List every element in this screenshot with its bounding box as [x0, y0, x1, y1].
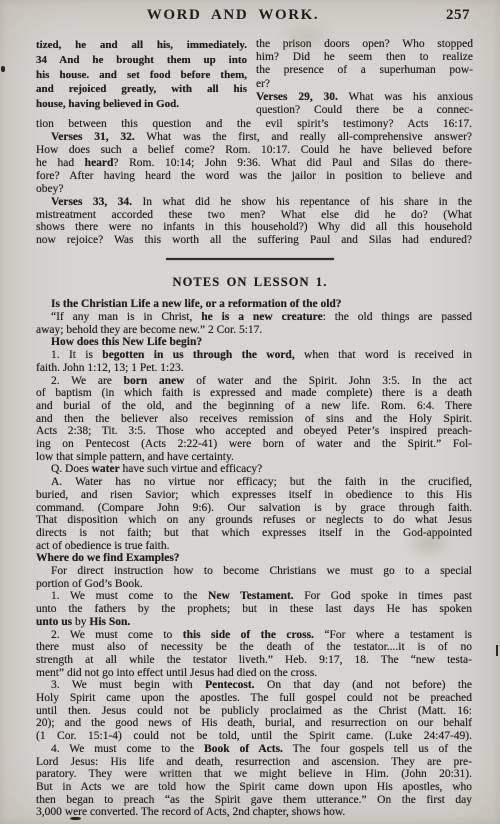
text-line: strength at all while the testator livet…: [36, 654, 472, 667]
text-line: ment” did not go into effect until Jesus…: [36, 667, 472, 680]
text-line: question? Could there be a connec-: [256, 104, 473, 117]
two-column-section: tized, he and all his, immediately.34 An…: [36, 38, 473, 117]
text-line: A. Water has no virtue nor efficacy; but…: [36, 476, 472, 489]
page-title: WORD AND WORK.: [36, 7, 430, 24]
text-line: paratory. They were written that we migh…: [36, 768, 472, 781]
text-line: the prison doors open? Who stopped: [256, 38, 473, 51]
text-line: 2. We are born anew of water and the Spi…: [36, 375, 472, 388]
text-line: away; behold they are become new.” 2 Cor…: [36, 324, 472, 337]
text-line: there must also of necessity be the deat…: [36, 641, 472, 654]
text-line: his house. and set food before them,: [36, 68, 247, 83]
text-line: 20); and the good news of His death, bur…: [36, 717, 472, 730]
text-line: 1. It is begotten in us through the word…: [36, 349, 472, 362]
text-line: ing on Pentecost (Acts 2:22-41) were bor…: [36, 438, 472, 451]
text-line: How does this New Life begin?: [36, 336, 472, 349]
text-line: unto us by His Son.: [36, 616, 472, 629]
text-line: 2. We must come to this side of the cros…: [36, 629, 472, 642]
text-line: 3. We must begin with Pentecost. On that…: [36, 679, 472, 692]
text-line: 3,000 were converted. The record of Acts…: [36, 806, 472, 819]
text-line: and then the believer also receives remi…: [36, 413, 472, 426]
text-line: and burial of the old, and the beginning…: [36, 400, 472, 413]
text-line: him? Did he seem then to realize: [256, 51, 473, 64]
text-line: unto the fathers by the prophets; but in…: [36, 603, 472, 616]
text-line: low that simple pattern, and have certai…: [36, 451, 472, 464]
text-line: Q. Does water have such virtue and effic…: [36, 463, 472, 476]
text-line: Where do we find Examples?: [36, 552, 472, 565]
notes-heading: NOTES ON LESSON 1.: [0, 275, 500, 290]
text-line: er?: [256, 78, 473, 91]
notes-section: Is the Christian Life a new life, or a r…: [36, 298, 472, 819]
text-line: mistreatment accorded these two men? Wha…: [36, 209, 472, 222]
text-line: For direct instruction how to become Chr…: [36, 565, 472, 578]
text-line: 34 And he brought them up into: [36, 53, 247, 68]
text-line: Verses 33, 34. In what did he show his r…: [36, 196, 472, 209]
text-line: then began to preach “as the Spirit gave…: [36, 794, 472, 807]
text-line: That disposition which on any grounds re…: [36, 514, 472, 527]
left-column: tized, he and all his, immediately.34 An…: [36, 38, 247, 117]
scan-artifact: [496, 645, 498, 656]
text-line: act of obedience is true faith.: [36, 540, 472, 553]
text-line: But in Acts we are told how the Spirit c…: [36, 781, 472, 794]
text-line: 1. We must come to the New Testament. Fo…: [36, 590, 472, 603]
page-header: WORD AND WORK. 257: [36, 7, 470, 25]
text-line: now rejoice? Was this worth all the suff…: [36, 234, 472, 247]
text-line: of baptism (in which faith is expressed …: [36, 387, 472, 400]
text-line: portion of God’s Book.: [36, 578, 472, 591]
scan-artifact: [1, 66, 5, 72]
text-line: until then. Jesus could not be publicly …: [36, 705, 472, 718]
text-line: Is the Christian Life a new life, or a r…: [36, 298, 472, 311]
text-line: (1 Cor. 15:1-4) could not be told, until…: [36, 730, 472, 743]
text-line: tion between this question and the evil …: [36, 118, 472, 131]
text-line: the presence of a superhuman pow-: [256, 64, 473, 77]
text-line: Lord Jesus: His life and death, resurrec…: [36, 756, 472, 769]
text-line: obey?: [36, 183, 472, 196]
section-divider: [166, 258, 334, 260]
text-line: Acts 2:38; Tit. 3:5. Those who accepted …: [36, 425, 472, 438]
text-line: house, having believed in God.: [36, 97, 247, 112]
text-line: tized, he and all his, immediately.: [36, 38, 247, 53]
text-line: Holy Spirit came upon the apostles. The …: [36, 692, 472, 705]
text-line: he had heard? Rom. 10:14; John 9:36. Wha…: [36, 157, 472, 170]
text-line: directs is not faith; but that which exp…: [36, 527, 472, 540]
text-line: and rejoiced greatly, with all his: [36, 82, 247, 97]
text-line: faith. John 1:12, 13; 1 Pet. 1:23.: [36, 362, 472, 375]
text-line: buried, and risen Savior; which expresse…: [36, 489, 472, 502]
text-line: “If any man is in Christ, he is a new cr…: [36, 311, 472, 324]
questions-section: tion between this question and the evil …: [36, 118, 472, 247]
text-line: fore? After having heard the word was th…: [36, 170, 472, 183]
page-number: 257: [446, 7, 470, 24]
scanned-page: WORD AND WORK. 257 tized, he and all his…: [0, 0, 500, 824]
right-column: the prison doors open? Who stoppedhim? D…: [256, 38, 473, 117]
text-line: Verses 31, 32. What was the first, and r…: [36, 131, 472, 144]
text-line: command. (Compare John 9:6). Our salvati…: [36, 502, 472, 515]
text-line: How does such a belief come? Rom. 10:17.…: [36, 144, 472, 157]
text-line: Verses 29, 30. What was his anxious: [256, 91, 473, 104]
text-line: shows there were no infants in this hous…: [36, 221, 472, 234]
text-line: 4. We must come to the Book of Acts. The…: [36, 743, 472, 756]
